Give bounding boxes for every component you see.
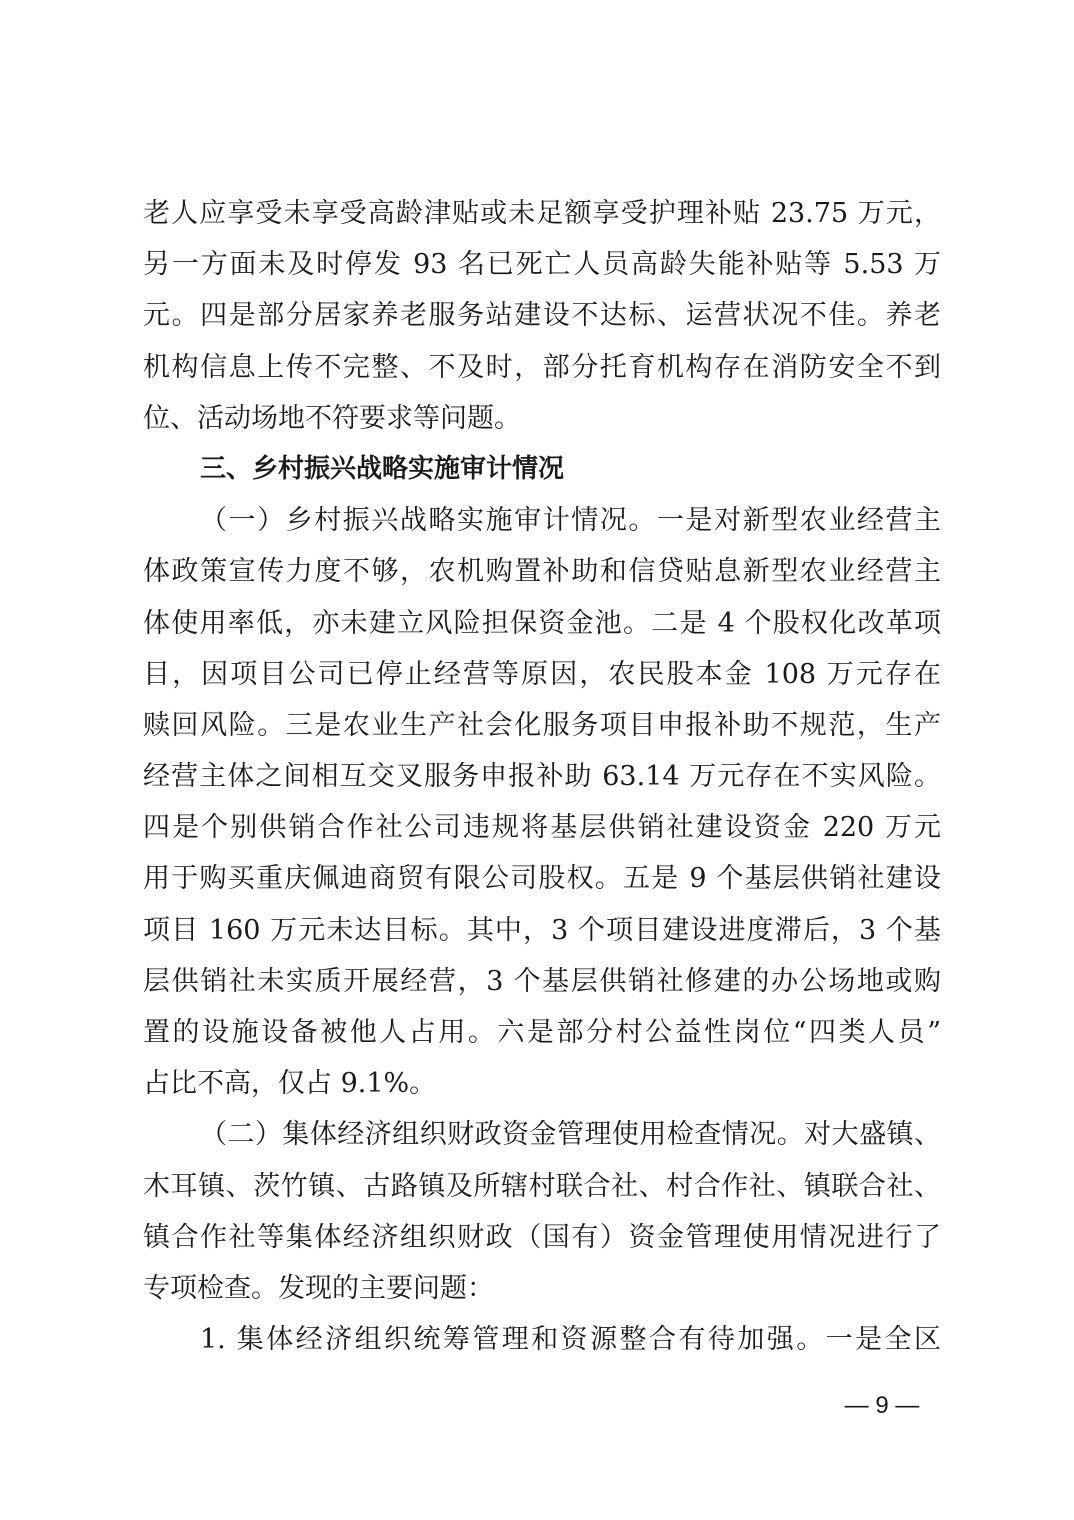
- paragraph-line: 用于购买重庆佩迪商贸有限公司股权。五是 9 个基层供销社建设: [143, 853, 941, 904]
- paragraph-line: 层供销社未实质开展经营，3 个基层供销社修建的办公场地或购: [143, 956, 941, 1007]
- paragraph-line: 四是个别供销合作社公司违规将基层供销社建设资金 220 万元: [143, 802, 941, 853]
- section-heading: 三、乡村振兴战略实施审计情况: [143, 444, 941, 495]
- paragraph-line: 经营主体之间相互交叉服务申报补助 63.14 万元存在不实风险。: [143, 751, 941, 802]
- paragraph-line: 专项检查。发现的主要问题：: [143, 1263, 941, 1314]
- numbered-item: 1. 集体经济组织统筹管理和资源整合有待加强。一是全区: [143, 1314, 941, 1365]
- page-number: — 9 —: [842, 1392, 922, 1420]
- paragraph-line: 机构信息上传不完整、不及时，部分托育机构存在消防安全不到: [143, 342, 941, 393]
- paragraph-line: 木耳镇、茨竹镇、古路镇及所辖村联合社、村合作社、镇联合社、: [143, 1161, 941, 1212]
- subsection-paragraph-start: （二）集体经济组织财政资金管理使用检查情况。对大盛镇、: [143, 1109, 941, 1160]
- paragraph-line: 镇合作社等集体经济组织财政（国有）资金管理使用情况进行了: [143, 1212, 941, 1263]
- paragraph-line: 体政策宣传力度不够，农机购置补助和信贷贴息新型农业经营主: [143, 546, 941, 597]
- paragraph-line: 元。四是部分居家养老服务站建设不达标、运营状况不佳。养老: [143, 290, 941, 341]
- paragraph-line: 赎回风险。三是农业生产社会化服务项目申报补助不规范，生产: [143, 700, 941, 751]
- paragraph-line: 体使用率低，亦未建立风险担保资金池。二是 4 个股权化改革项: [143, 598, 941, 649]
- subsection-paragraph-start: （一）乡村振兴战略实施审计情况。一是对新型农业经营主: [143, 495, 941, 546]
- paragraph-line: 置的设施设备被他人占用。六是部分村公益性岗位“四类人员”: [143, 1007, 941, 1058]
- paragraph-line: 占比不高，仅占 9.1%。: [143, 1058, 941, 1109]
- paragraph-line: 老人应享受未享受高龄津贴或未足额享受护理补贴 23.75 万元，: [143, 188, 941, 239]
- paragraph-line: 目，因项目公司已停止经营等原因，农民股本金 108 万元存在: [143, 649, 941, 700]
- paragraph-line: 另一方面未及时停发 93 名已死亡人员高龄失能补贴等 5.53 万: [143, 239, 941, 290]
- paragraph-line: 项目 160 万元未达目标。其中，3 个项目建设进度滞后，3 个基: [143, 905, 941, 956]
- document-body: 老人应享受未享受高龄津贴或未足额享受护理补贴 23.75 万元， 另一方面未及时…: [143, 188, 941, 1365]
- paragraph-line: 位、活动场地不符要求等问题。: [143, 393, 941, 444]
